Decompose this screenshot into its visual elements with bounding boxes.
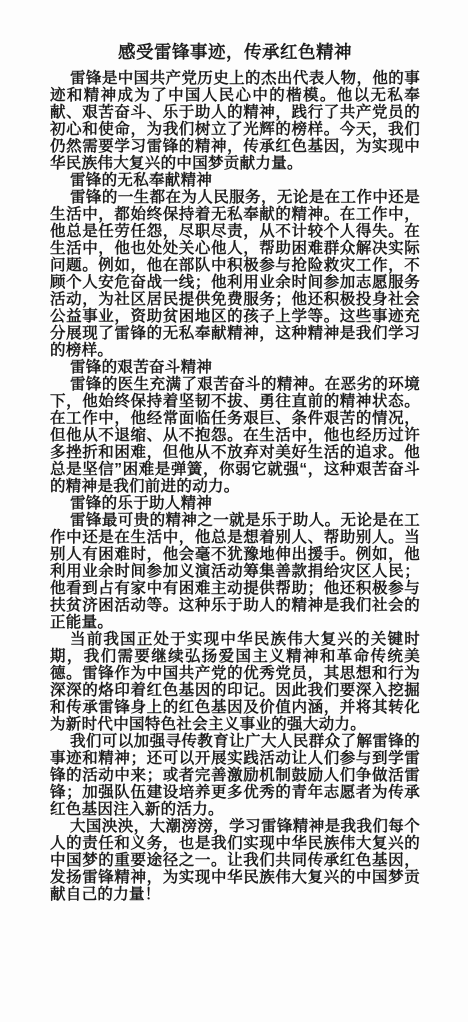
document-body: 雷锋是中国共产党历史上的杰出代表人物，他的事迹和精神成为了中国人民心中的楷模。他… xyxy=(50,70,420,903)
document-page: 感受雷锋事迹，传承红色精神 雷锋是中国共产党历史上的杰出代表人物，他的事迹和精神… xyxy=(0,0,468,1022)
body-paragraph: 雷锋最可贵的精神之一就是乐于助人。无论是在工作中还是在生活中，他总是想着别人、帮… xyxy=(50,512,420,631)
body-paragraph: 大国泱泱，大潮滂滂，学习雷锋精神是我我们每个人的责任和义务，也是我们实现中华民族… xyxy=(50,818,420,903)
body-paragraph: 雷锋是中国共产党历史上的杰出代表人物，他的事迹和精神成为了中国人民心中的楷模。他… xyxy=(50,70,420,172)
body-paragraph: 我们可以加强寻传教育让广大人民群众了解雷锋的事迹和精神；还可以开展实践活动让人们… xyxy=(50,733,420,818)
body-paragraph: 雷锋的一生都在为人民服务，无论是在工作中还是生活中，都始终保持着无私奉献的精神。… xyxy=(50,189,420,359)
document-title: 感受雷锋事迹，传承红色精神 xyxy=(50,40,420,64)
section-heading: 雷锋的乐于助人精神 xyxy=(50,495,420,512)
section-heading: 雷锋的无私奉献精神 xyxy=(50,172,420,189)
body-paragraph: 当前我国正处于实现中华民族伟大复兴的关键时期，我们需要继续弘扬爱国主义精神和革命… xyxy=(50,631,420,733)
body-paragraph: 雷锋的医生充满了艰苦奋斗的精神。在恶劣的环境下，他始终保持着坚韧不拔、勇往直前的… xyxy=(50,376,420,495)
section-heading: 雷锋的艰苦奋斗精神 xyxy=(50,359,420,376)
